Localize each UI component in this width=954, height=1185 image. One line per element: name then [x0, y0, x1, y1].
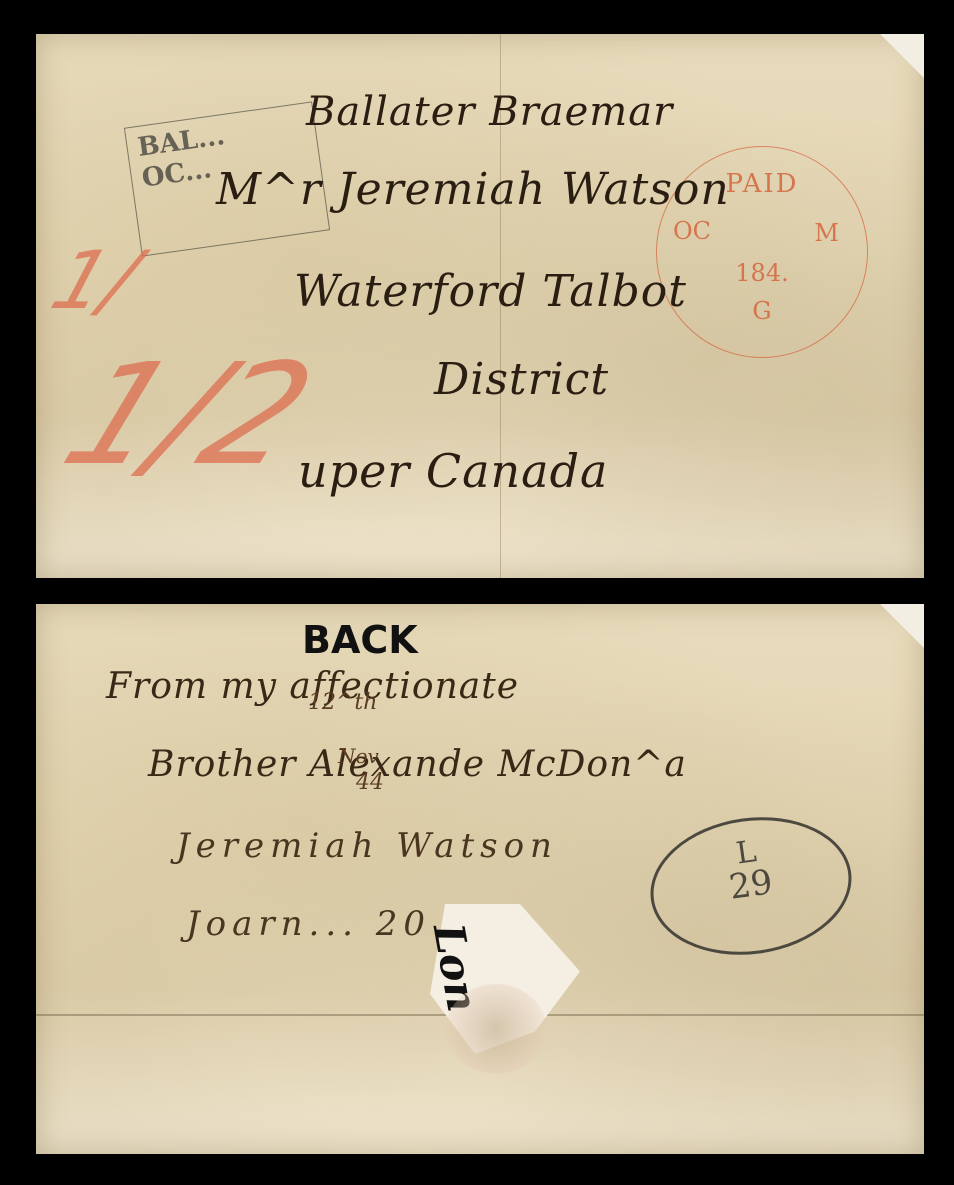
receiving-postmark: L 29 [642, 805, 861, 968]
wax-seal-remnant [446, 984, 546, 1074]
paid-code: G [657, 297, 867, 325]
rate-marking-upper: 1/ [41, 234, 149, 327]
letter-back: BACK From my affectionate Brother Alexan… [36, 604, 924, 1154]
address-line: District [434, 354, 609, 405]
paid-letter: M [814, 219, 839, 247]
torn-corner [880, 34, 924, 78]
torn-corner [880, 604, 924, 648]
back-line: Jeremiah Watson [176, 826, 558, 866]
address-line: Waterford Talbot [294, 266, 687, 317]
address-line: M^r Jeremiah Watson [216, 164, 730, 215]
address-line: uper Canada [298, 444, 608, 498]
rate-marking-lower: 1/2 [43, 334, 334, 497]
back-line: Joarn... 20 [186, 904, 431, 944]
date-note-year: 44 [356, 770, 384, 795]
paid-year: 184. [657, 259, 867, 287]
back-line: Brother Alexande McDon^a [148, 744, 687, 785]
letter-front: BAL... OC... PAID OC M 184. G 1/ 1/2 Bal… [36, 34, 924, 578]
date-note-day: 12^th [308, 690, 377, 715]
address-line: Ballater Braemar [306, 89, 673, 135]
date-note-month: Nov [338, 744, 379, 768]
paid-month: OC [673, 217, 711, 245]
back-label: BACK [302, 618, 418, 662]
